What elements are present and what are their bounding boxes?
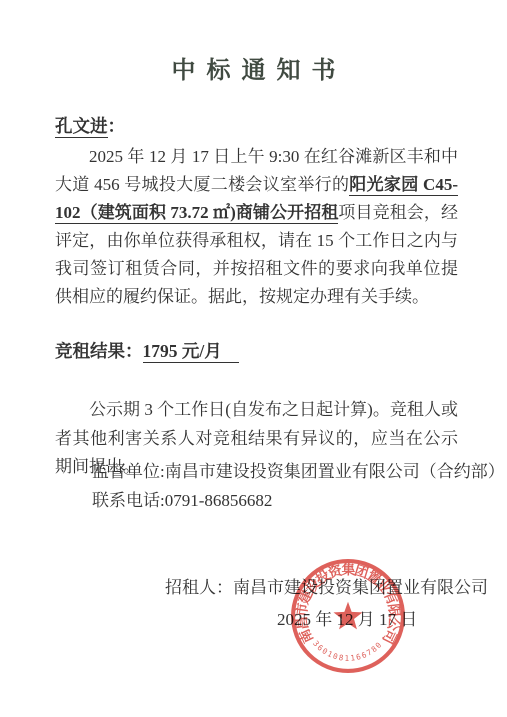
bid-result-line: 竞租结果：1795 元/月 [55, 338, 239, 363]
addressee-name: 孔文进 [55, 116, 108, 138]
addressee-line: 孔文进： [55, 113, 125, 138]
supervisor-unit-line: 监督单位:南昌市建设投资集团置业有限公司（合约部） [92, 457, 505, 482]
document-page: 中标通知书 孔文进： 2025 年 12 月 17 日上午 9:30 在红谷滩新… [0, 0, 507, 717]
svg-text:3601081166780: 3601081166780 [311, 639, 384, 663]
contact-phone-line: 联系电话:0791-86856682 [92, 486, 272, 511]
company-seal-stamp: 南昌市建设投资集团置业有限公司 3601081166780 [289, 556, 407, 676]
document-title: 中标通知书 [0, 50, 507, 85]
seal-serial-number: 3601081166780 [311, 639, 384, 663]
seal-star-icon [333, 602, 362, 630]
main-paragraph: 2025 年 12 月 17 日上午 9:30 在红谷滩新区丰和中大道 456 … [55, 143, 458, 311]
seal-icon: 南昌市建设投资集团置业有限公司 3601081166780 [289, 556, 407, 676]
addressee-colon: ： [108, 116, 126, 136]
